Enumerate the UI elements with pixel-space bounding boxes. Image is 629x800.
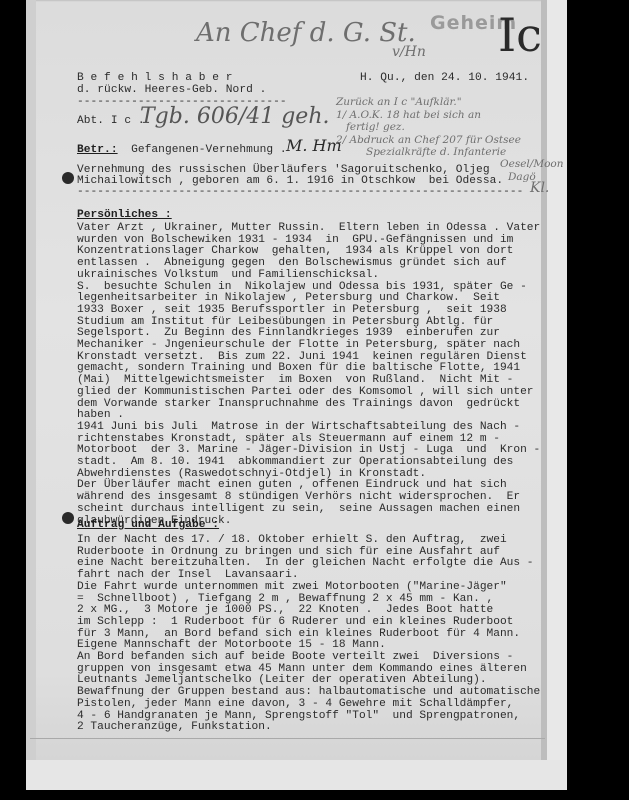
punch-hole-top	[62, 172, 74, 184]
handwritten-initials-subject: M. Hm	[286, 136, 342, 155]
department-label: Abt. I c .	[77, 116, 145, 128]
text-line: Vater Arzt , Ukrainer, Mutter Russin. El…	[77, 223, 540, 235]
margin-note-3: fertig! gez.	[346, 121, 405, 133]
margin-initials: Kl.	[530, 180, 549, 196]
section-heading-personal: Persönliches :	[77, 210, 172, 222]
text-line: im Schlepp : 1 Ruderboot für 6 Ruderer u…	[77, 617, 540, 629]
section-body-personal: Vater Arzt , Ukrainer, Mutter Russin. El…	[77, 223, 540, 527]
text-line: 2 Taucheranzüge, Funkstation.	[77, 722, 540, 734]
text-line: An Bord befanden sich auf beide Boote ve…	[77, 652, 540, 664]
text-line: 1941 Juni bis Juli Matrose in der Wirtsc…	[77, 422, 540, 434]
text-line: Pistolen, jeder Mann eine davon, 3 - 4 G…	[77, 699, 540, 711]
text-line: In der Nacht des 17. / 18. Oktober erhie…	[77, 535, 540, 547]
handwritten-initials-top: v/Hn	[392, 44, 426, 60]
location-date: H. Qu., den 24. 10. 1941.	[360, 73, 529, 85]
text-line: 1933 Boxer , seit 1935 Berufssportler in…	[77, 305, 540, 317]
page-fold-line	[30, 738, 545, 739]
punch-hole-bottom	[62, 512, 74, 524]
text-line: glied der Kommunistischen Partei oder de…	[77, 387, 540, 399]
handwritten-file-number: Tgb. 606/41 geh.	[140, 104, 329, 129]
underlying-sheet	[26, 760, 566, 790]
text-line: dem Vorwande starker Inanspruchnahme des…	[77, 399, 540, 411]
text-line: stadt. Am 8. 10. 1941 abkommandiert zur …	[77, 457, 540, 469]
margin-note-1: Zurück an I c "Aufklär."	[336, 97, 462, 108]
section-heading-mission: Auftrag und Aufgabe :	[77, 520, 219, 532]
page-left-edge	[26, 0, 36, 790]
margin-note-4: 2/ Abdruck an Chef 207 für Ostsee	[336, 134, 521, 146]
sender-title: B e f e h l s h a b e r	[77, 73, 233, 85]
margin-note-2: 1/ A.O.K. 18 hat bei sich an	[336, 109, 481, 121]
text-line: Mechaniker - Jngenieurschule der Flotte …	[77, 340, 540, 352]
text-line: scheint durchaus intelligent zu sein, se…	[77, 504, 540, 516]
subject-label: Betr.:	[77, 144, 118, 156]
subject-line: Betr.: Gefangenen-Vernehmung .	[77, 145, 287, 157]
text-line: Die Fahrt wurde unternommen mit zwei Mot…	[77, 582, 540, 594]
classification-mark: Ic	[498, 8, 542, 62]
handwritten-addressee: An Chef d. G. St.	[196, 18, 416, 48]
margin-note-6: Oesel/Moon	[500, 158, 563, 170]
text-line: ukrainisches Volkstum und Familienschick…	[77, 270, 540, 282]
intro-separator: ----------------------------------------…	[77, 187, 523, 199]
page-right-margin	[547, 0, 567, 790]
section-body-mission: In der Nacht des 17. / 18. Oktober erhie…	[77, 535, 540, 734]
subject-text: Gefangenen-Vernehmung .	[131, 144, 287, 156]
sender-unit: d. rückw. Heeres-Geb. Nord .	[77, 85, 266, 97]
margin-note-5: Spezialkräfte d. Infanterie	[366, 146, 506, 158]
